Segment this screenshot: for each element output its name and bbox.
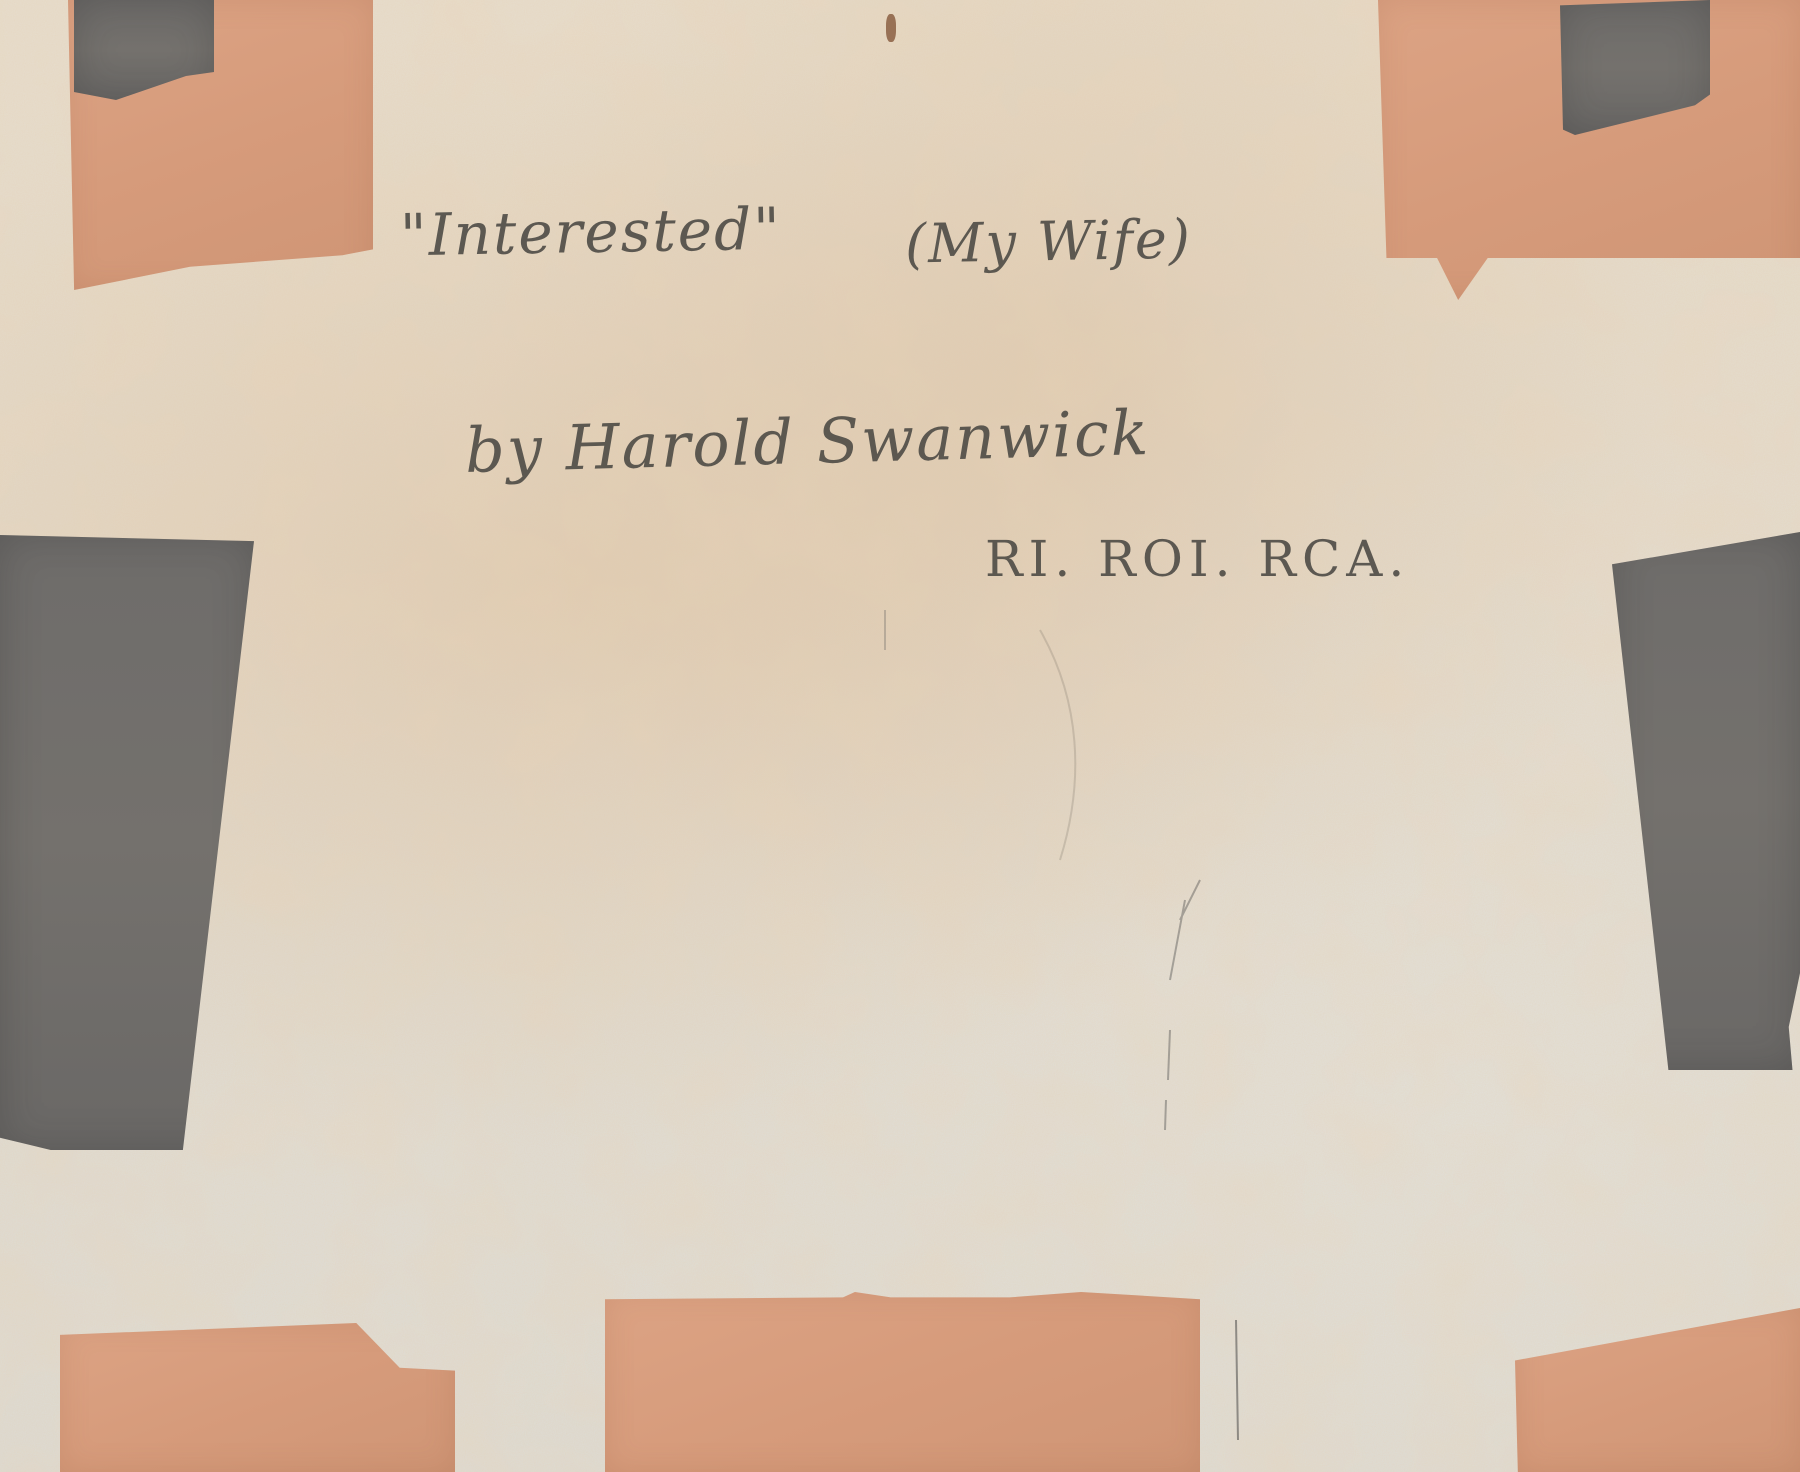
inscription-title: "Interested" [399,195,782,270]
inscription-subtitle: (My Wife) [904,208,1192,276]
brown-tape-bottom-center [605,1292,1200,1472]
ink-stain-top [886,14,896,42]
paper-backing: "Interested" (My Wife) by Harold Swanwic… [0,0,1800,1472]
brown-tape-bottom-left [60,1323,455,1472]
inscription-credentials: RI. ROI. RCA. [985,530,1410,588]
inscription-artist: by Harold Swanwick [464,396,1151,487]
brown-tape-bottom-right [1515,1308,1800,1472]
grey-tape-right [1612,532,1800,1070]
grey-tape-left [0,535,254,1150]
